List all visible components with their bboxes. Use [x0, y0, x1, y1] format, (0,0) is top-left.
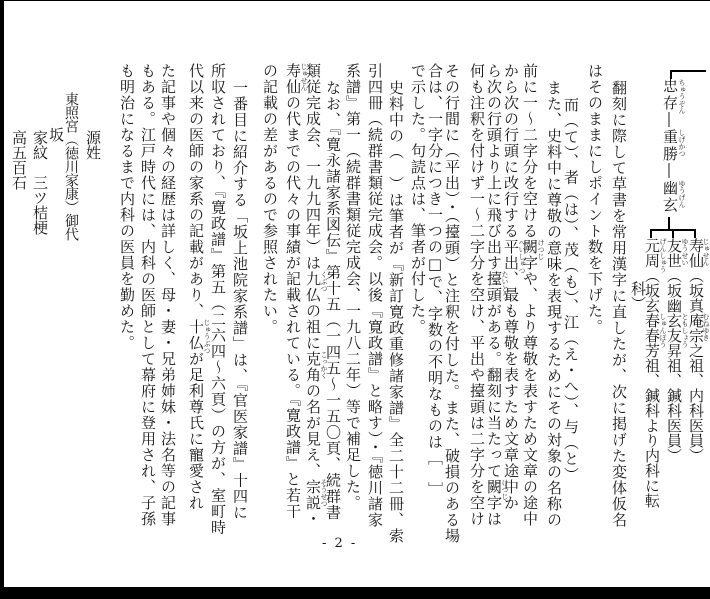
text-column-17: 寿仙の代までの代々の事績が記載されている。『寛政譜』と若干 — [284, 63, 302, 520]
family-surname: 源姓 — [84, 130, 102, 160]
text-column-5: 前に一〜二字分を空ける闕字や、より尊敬を表すため文章の途中 — [521, 63, 539, 527]
furigana-kokkaku: こっかく — [320, 351, 328, 379]
text-column-4: また、史料中に尊敬の意味を表現するためにその対象の名称の — [545, 80, 563, 528]
furigana-jusen: じゅせん — [702, 238, 710, 266]
text-column-3: 而（て）、者（は）、茂（も）、江（え・へ）、与（と） — [562, 97, 580, 483]
furigana-sosetsu: そうせつ — [320, 479, 328, 507]
genealogy-lineage: 忠存―重勝―幽玄 — [661, 78, 679, 214]
family-era: 東照宮（徳川家康）御代 — [62, 92, 80, 241]
tree-branch-stub-yusei — [672, 229, 674, 238]
genealogy-child-yusei: 友世（坂幽玄友昇祖、鍼科医員） — [665, 238, 683, 463]
text-column-21: 代以来の医師の家系の記載があり、十仏が足利尊氏に寵愛され — [187, 63, 205, 511]
text-column-9: その行間に（平出）・（擡頭）と注釈を付した。また、破損のある場 — [443, 63, 461, 544]
scanned-document-page: { "doc": { "page_number": "- 2 -", "gene… — [0, 0, 710, 599]
genealogy-child-genshu: 元周（坂玄春春芳祖、鍼科より内科に転 — [643, 238, 661, 508]
tree-top-bracket-horizontal — [670, 70, 706, 72]
furigana-shunpo: しゅんぽう — [659, 313, 667, 348]
furigana-shigekatsu: しげかつ — [678, 129, 686, 157]
furigana-muneyuki: むねゆき — [702, 313, 710, 341]
furigana-tomosho: ともしょう — [681, 313, 689, 348]
text-column-15: なお、『寛永諸家系図伝』第十五（一四五〜一五〇頁、続群書 — [324, 80, 342, 521]
scan-edge-bottom — [0, 587, 710, 599]
furigana-heishutsu: へいしゅつ — [518, 239, 526, 274]
text-column-12: 史料中の（ ）は筆者が『新訂寛政重修諸家譜』全二十二冊、索 — [387, 80, 405, 544]
text-column-23: もある。江戸時代には、内科の医師として幕府に登用され、子孫 — [139, 63, 157, 527]
tree-branch-stub-jusen — [694, 229, 696, 238]
text-column-13: 引四冊（続群書類従完成会。以後『寛政譜』と略す）・『徳川諸家 — [366, 63, 384, 528]
text-column-16: 類従完成会、一九九四年）は九仏の祖に克角の名が見え、宗説・ — [304, 63, 322, 527]
tree-branch-stub-genshu — [650, 229, 652, 238]
furigana-chuzon: ちゅうぞん — [678, 79, 686, 114]
furigana-jusen-2: じゅせん — [300, 63, 308, 91]
furigana-kubutsu: くぶつ — [320, 271, 328, 292]
family-stipend: 高五百石 — [10, 130, 28, 190]
furigana-ketsuji-2: けつじ — [501, 479, 509, 500]
text-column-19: 一番目に紹介する「坂上池院家系譜」は、『官医家譜』十四に — [231, 80, 249, 521]
furigana-yusei: ゆうせい — [681, 238, 689, 266]
furigana-genshu: げんしゅう — [659, 238, 667, 273]
furigana-jubutsu: じゅうぶつ — [203, 319, 211, 354]
genealogy-child-jusen: 寿仙（坂真庵宗之祖、内科医員） — [687, 238, 705, 463]
text-column-11: で示した。句読点は、筆者が付した。 — [409, 63, 427, 335]
scan-edge-top — [0, 0, 710, 1]
text-column-14: 系譜』第一（続群書類従完成会、一九八二年）等で補足した。 — [344, 63, 362, 511]
text-column-8: 何も注釈を付けず一〜二字分を空け、平出や擡頭は二字分を空け — [468, 63, 486, 527]
family-crest: 家紋 三ツ桔梗 — [31, 130, 49, 235]
furigana-ketsuji-1: けつじ — [537, 239, 545, 260]
family-name: 坂 — [47, 127, 65, 142]
text-column-1: 翻刻に際して草書を常用漢字に直したが、次に掲げた変体仮名 — [610, 80, 628, 528]
page-number: - 2 - — [322, 536, 357, 551]
genealogy-child-genshu-wrap: 科） — [629, 281, 647, 311]
text-column-24: も明治になるまで内科の医員を勤めた。 — [118, 63, 136, 351]
scan-edge-left — [0, 0, 4, 599]
furigana-taito: たいとう — [501, 271, 509, 299]
text-column-18: の記載の差があるので参照されたい。 — [261, 63, 279, 335]
text-column-20: 所収されており、『寛政譜』第五（二六四〜六頁）の方が、室町時 — [209, 63, 227, 536]
text-column-2: はそのままにしポイント数を下げた。 — [586, 63, 604, 335]
text-column-22: た記事や個々の経歴は詳しく、母・妻・兄弟姉妹・法名等の記事 — [159, 63, 177, 527]
furigana-yugen: ゆうげん — [678, 180, 686, 208]
text-column-10: 合は、一字分につき一つの□で、字数の不明なものは［ ］ — [426, 63, 444, 498]
